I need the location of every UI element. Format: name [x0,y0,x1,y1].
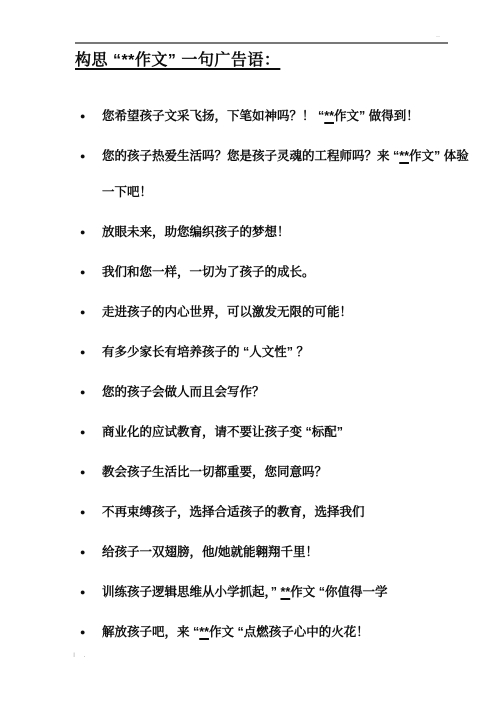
list-item: ●您的孩子热爱生活吗？您是孩子灵魂的工程师吗？来 “**作文” 体验一下吧！ [80,138,480,210]
list-item-text: 我们和您一样，一切为了孩子的成长。 [102,254,477,290]
bullet-icon: ● [80,574,102,610]
bullet-icon: ● [80,98,102,134]
list-item: ●您希望孩子文采飞扬，下笔如神吗？！ “**作文” 做得到！ [80,98,480,134]
list-item: ●训练孩子逻辑思维从小学抓起，” **作文 “你值得一学 [80,574,480,610]
bullet-icon: ● [80,614,102,650]
list-item-text: 给孩子一双翅膀，他/她就能翱翔千里！ [102,534,477,570]
list-item: ●有多少家长有培养孩子的 “人文性” ？ [80,334,480,370]
bullet-icon: ● [80,294,102,330]
list-item: ●给孩子一双翅膀，他/她就能翱翔千里！ [80,534,480,570]
page-title: 构思 “**作文” 一句广告语： [75,47,280,70]
slogan-text-segment: 作文 “点燃孩子心中的火花！ [209,625,369,639]
bullet-icon: ● [80,414,102,450]
placeholder-stars-underlined: ** [399,149,409,163]
bullet-icon: ● [80,454,102,490]
slogan-text-segment: 放眼未来，助您编织孩子的梦想！ [102,225,290,239]
header-rule [75,42,448,44]
placeholder-stars-underlined: ** [199,625,209,639]
slogan-text-segment: 解放孩子吧，来 “ [102,625,199,639]
list-item: ●走进孩子的内心世界，可以激发无限的可能！ [80,294,480,330]
bullet-icon: ● [80,494,102,530]
list-item-text: 您希望孩子文采飞扬，下笔如神吗？！ “**作文” 做得到！ [102,98,477,134]
slogan-text-segment: 训练孩子逻辑思维从小学抓起，” [102,585,280,599]
list-item-text: 走进孩子的内心世界，可以激发无限的可能！ [102,294,477,330]
list-item: ●教会孩子生活比一切都重要，您同意吗？ [80,454,480,490]
bullet-icon: ● [80,138,102,174]
slogan-text-segment: 您希望孩子文采飞扬，下笔如神吗？！ “ [102,109,324,123]
list-item: ●我们和您一样，一切为了孩子的成长。 [80,254,480,290]
document-page: ‥ 构思 “**作文” 一句广告语： ●您希望孩子文采飞扬，下笔如神吗？！ “*… [0,0,500,708]
bullet-icon: ● [80,254,102,290]
list-item-text: 您的孩子会做人而且会写作？ [102,374,477,410]
slogan-text-segment: 教会孩子生活比一切都重要，您同意吗？ [102,465,327,479]
list-item-text: 您的孩子热爱生活吗？您是孩子灵魂的工程师吗？来 “**作文” 体验一下吧！ [102,138,477,210]
slogan-text-segment: 我们和您一样，一切为了孩子的成长。 [102,265,315,279]
bullet-icon: ● [80,534,102,570]
slogan-text-segment: 您的孩子会做人而且会写作？ [102,385,265,399]
bullet-icon: ● [80,374,102,410]
list-item: ●不再束缚孩子，选择合适孩子的教育，选择我们 [80,494,480,530]
list-item: ●商业化的应试教育，请不要让孩子变 “标配” [80,414,480,450]
slogan-text-segment: 给孩子一双翅膀，他/她就能翱翔千里！ [102,545,318,559]
slogan-text-segment: 有多少家长有培养孩子的 “人文性” ？ [102,345,309,359]
list-item: ●放眼未来，助您编织孩子的梦想！ [80,214,480,250]
list-item: ●您的孩子会做人而且会写作？ [80,374,480,410]
slogan-text-segment: 走进孩子的内心世界，可以激发无限的可能！ [102,305,352,319]
list-item-text: 有多少家长有培养孩子的 “人文性” ？ [102,334,477,370]
bullet-icon: ● [80,214,102,250]
bullet-icon: ● [80,334,102,370]
slogan-text-segment: 不再束缚孩子，选择合适孩子的教育，选择我们 [102,505,365,519]
slogan-text-segment: 您的孩子热爱生活吗？您是孩子灵魂的工程师吗？来 “ [102,149,399,163]
slogan-list: ●您希望孩子文采飞扬，下笔如神吗？！ “**作文” 做得到！●您的孩子热爱生活吗… [80,98,480,654]
slogan-text-segment: 作文” 做得到！ [334,109,419,123]
slogan-text-segment: 作文 “你值得一学 [290,585,387,599]
placeholder-stars-underlined: ** [280,585,290,599]
list-item-text: 训练孩子逻辑思维从小学抓起，” **作文 “你值得一学 [102,574,477,610]
slogan-text-segment: 商业化的应试教育，请不要让孩子变 “标配” [102,425,343,439]
list-item-text: 教会孩子生活比一切都重要，您同意吗？ [102,454,477,490]
placeholder-stars-underlined: ** [324,109,334,123]
list-item-text: 不再束缚孩子，选择合适孩子的教育，选择我们 [102,494,477,530]
page-artifact-bottom-left: ı . [73,650,89,659]
list-item-text: 放眼未来，助您编织孩子的梦想！ [102,214,477,250]
list-item-text: 商业化的应试教育，请不要让孩子变 “标配” [102,414,477,450]
page-artifact-top-right: ‥ [436,32,441,39]
list-item-text: 解放孩子吧，来 “**作文 “点燃孩子心中的火花！ [102,614,477,650]
list-item: ●解放孩子吧，来 “**作文 “点燃孩子心中的火花！ [80,614,480,650]
